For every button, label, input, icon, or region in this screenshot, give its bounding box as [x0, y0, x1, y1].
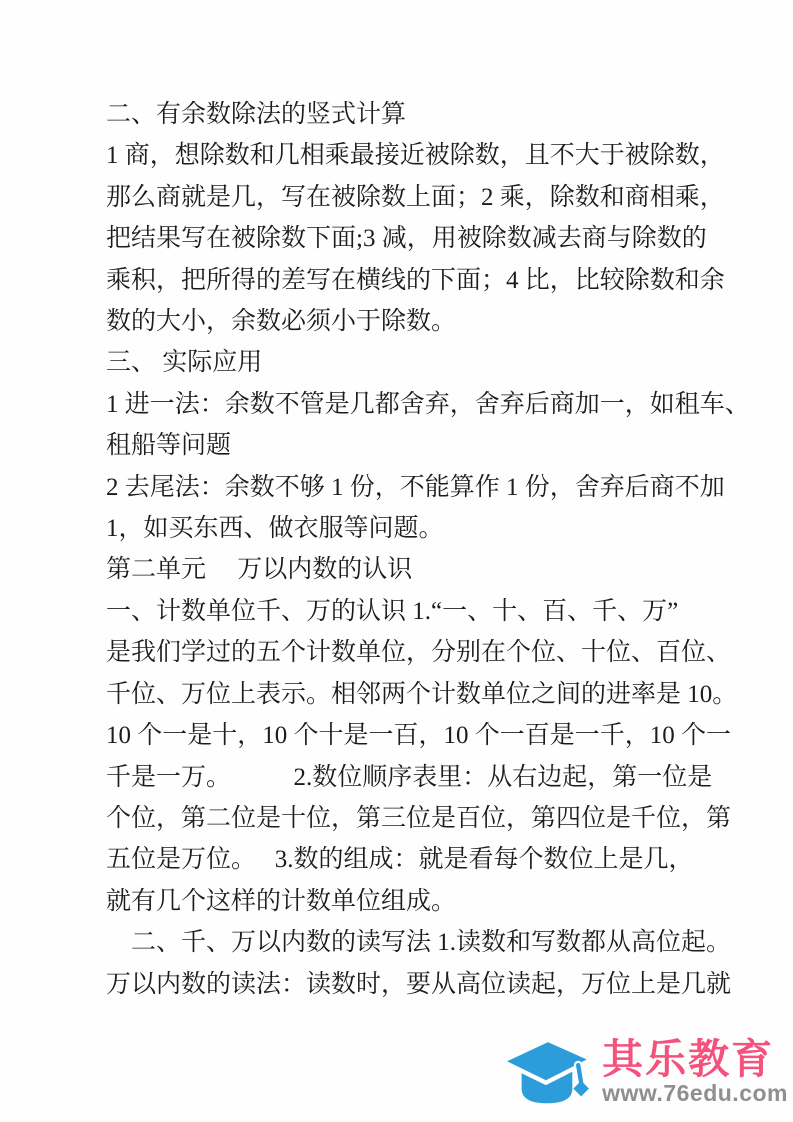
brand-website: www.76edu.com [602, 1082, 788, 1105]
brand-block: 其乐教育 www.76edu.com [602, 1039, 788, 1105]
text-line: 把结果写在被除数下面;3 减，用被除数减去商与除数的 [106, 218, 706, 259]
text-line: 二、千、万以内数的读写法 1.读数和写数都从高位起。 [106, 922, 706, 963]
text-line: 1，如买东西、做衣服等问题。 [106, 508, 706, 549]
document-text: 二、有余数除法的竖式计算1 商，想除数和几相乘最接近被除数，且不大于被除数，那么… [106, 94, 706, 1005]
text-line: 二、有余数除法的竖式计算 [106, 94, 706, 135]
brand-name: 其乐教育 [602, 1039, 774, 1080]
text-line: 个位，第二位是十位，第三位是百位，第四位是千位，第 [106, 798, 706, 839]
text-line: 10 个一是十，10 个十是一百，10 个一百是一千，10 个一 [106, 715, 706, 756]
graduation-cap-icon [496, 1032, 596, 1112]
text-line: 1 进一法：余数不管是几都舍弃，舍弃后商加一，如租车、 [106, 384, 706, 425]
document-page: 二、有余数除法的竖式计算1 商，想除数和几相乘最接近被除数，且不大于被除数，那么… [0, 0, 793, 1122]
text-line: 五位是万位。 3.数的组成：就是看每个数位上是几， [106, 839, 706, 880]
text-line: 就有几个这样的计数单位组成。 [106, 881, 706, 922]
text-line: 租船等问题 [106, 425, 706, 466]
text-line: 千是一万。 2.数位顺序表里：从右边起，第一位是 [106, 757, 706, 798]
text-line: 一、计数单位千、万的认识 1.“一、十、百、千、万” [106, 591, 706, 632]
watermark: 其乐教育 www.76edu.com [496, 1032, 788, 1112]
text-line: 是我们学过的五个计数单位，分别在个位、十位、百位、 [106, 632, 706, 673]
text-line: 1 商，想除数和几相乘最接近被除数，且不大于被除数， [106, 135, 706, 176]
text-line: 数的大小，余数必须小于除数。 [106, 301, 706, 342]
text-line: 乘积，把所得的差写在横线的下面；4 比，比较除数和余 [106, 260, 706, 301]
text-line: 那么商就是几，写在被除数上面；2 乘，除数和商相乘， [106, 177, 706, 218]
text-line: 万以内数的读法：读数时，要从高位读起，万位上是几就 [106, 964, 706, 1005]
text-line: 千位、万位上表示。相邻两个计数单位之间的进率是 10。 [106, 674, 706, 715]
text-line: 2 去尾法：余数不够 1 份，不能算作 1 份，舍弃后商不加 [106, 467, 706, 508]
text-line: 三、 实际应用 [106, 342, 706, 383]
text-line: 第二单元 万以内数的认识 [106, 549, 706, 590]
